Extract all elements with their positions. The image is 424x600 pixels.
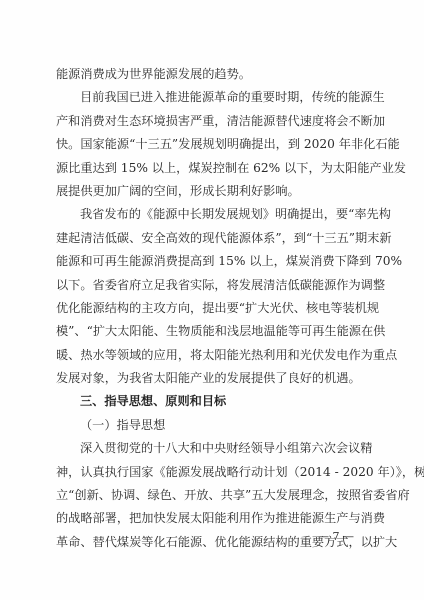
paragraph-line: 神，认真执行国家《能源发展战略行动计划（2014 - 2020 年）》，树: [56, 461, 366, 484]
page-number: — 7 —: [318, 530, 354, 543]
paragraph-line: 展提供更加广阔的空间，形成长期利好影响。: [56, 180, 366, 203]
body-text: 能源消费成为世界能源发展的趋势。 目前我国已进入推进能源革命的重要时期，传统的能…: [56, 63, 366, 554]
paragraph-line: 目前我国已进入推进能源革命的重要时期，传统的能源生: [56, 86, 366, 109]
subsection-heading: （一）指导思想: [56, 414, 366, 437]
paragraph-line: 源比重达到 15% 以上，煤炭控制在 62% 以下，为太阳能产业发: [56, 157, 366, 180]
paragraph-line: 快。国家能源“十三五”发展规划明确提出，到 2020 年非化石能: [56, 133, 366, 156]
paragraph-line: 能源消费成为世界能源发展的趋势。: [56, 63, 366, 86]
paragraph-line: 产和消费对生态环境损害严重，清洁能源替代速度将会不断加: [56, 110, 366, 133]
paragraph-line: 以下。省委省府立足我省实际，将发展清洁低碳能源作为调整: [56, 274, 366, 297]
paragraph-line: 的战略部署，把加快发展太阳能利用作为推进能源生产与消费: [56, 507, 366, 530]
paragraph-line: 我省发布的《能源中长期发展规划》明确提出，要“率先构: [56, 203, 366, 226]
paragraph-line: 优化能源结构的主攻方向，提出要“扩大光伏、核电等装机规: [56, 297, 366, 320]
section-heading: 三、指导思想、原则和目标: [56, 390, 366, 413]
paragraph-line: 模”、“扩大太阳能、生物质能和浅层地温能等可再生能源在供: [56, 320, 366, 343]
paragraph-line: 深入贯彻党的十八大和中央财经领导小组第六次会议精: [56, 437, 366, 460]
paragraph-line: 立“创新、协调、绿色、开放、共享”五大发展理念，按照省委省府: [56, 484, 366, 507]
paragraph-line: 暖、热水等领域的应用，将太阳能光热利用和光伏发电作为重点: [56, 344, 366, 367]
paragraph-line: 建起清洁低碳、安全高效的现代能源体系”，到“十三五”期末新: [56, 227, 366, 250]
document-page: 能源消费成为世界能源发展的趋势。 目前我国已进入推进能源革命的重要时期，传统的能…: [0, 0, 424, 600]
paragraph-line: 发展对象，为我省太阳能产业的发展提供了良好的机遇。: [56, 367, 366, 390]
paragraph-line: 能源和可再生能源消费提高到 15% 以上，煤炭消费下降到 70%: [56, 250, 366, 273]
